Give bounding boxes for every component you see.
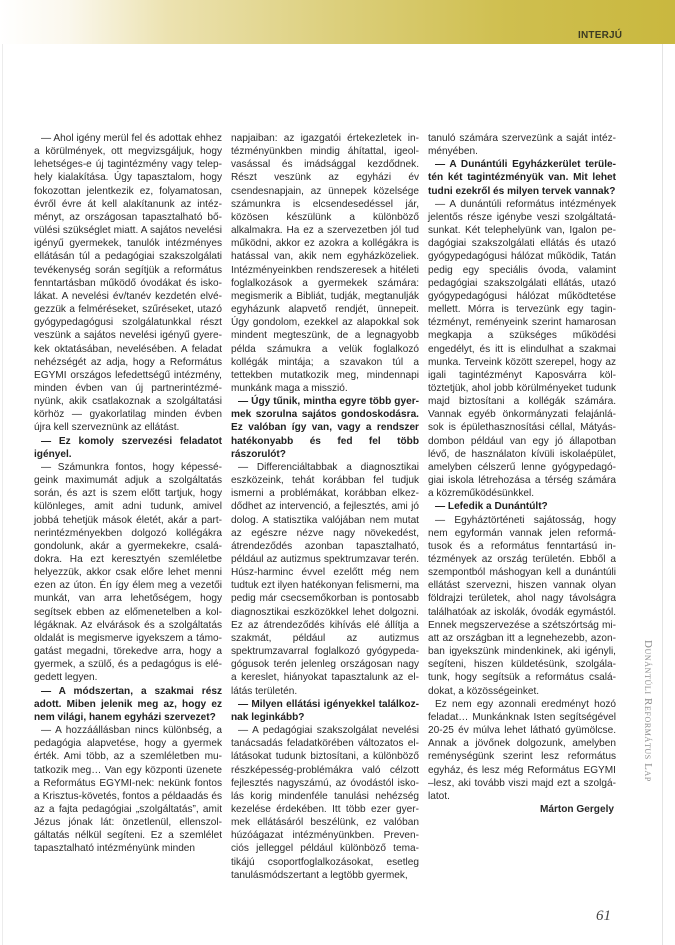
article-column-1: — Ahol igény merül fel és adottak ehhez … — [34, 132, 222, 856]
answer-paragraph: — A pedagógiai szakszolgálat nevelési ta… — [231, 724, 419, 882]
question-paragraph: — A Dunántúli Egyházkerület terüle­tén k… — [428, 158, 616, 197]
answer-paragraph: — A hozzáállásban nincs különbség, a ped… — [34, 724, 222, 856]
question-paragraph: — A módszertan, a szakmai rész adott. Mi… — [34, 685, 222, 724]
continuation-paragraph: tanuló számára szervezünk a saját intéz­… — [428, 132, 616, 158]
continuation-paragraph: napjaiban: az igazgatói értekezletek in­… — [231, 132, 419, 395]
margin-rule — [662, 44, 663, 945]
article-column-2: napjaiban: az igazgatói értekezletek in­… — [231, 132, 419, 882]
page-edge-rule — [2, 0, 3, 945]
question-paragraph: — Milyen ellátási igényekkel találkoz­na… — [231, 698, 419, 724]
article-column-3: tanuló számára szervezünk a saját intéz­… — [428, 132, 616, 816]
answer-paragraph: — Egyháztörténeti sajátosság, hogy nem e… — [428, 514, 616, 698]
closing-paragraph: Ez nem egy azonnali eredményt hozó felad… — [428, 698, 616, 803]
answer-paragraph: — Differenciáltabbak a diagnosztikai esz… — [231, 461, 419, 698]
page-number: 61 — [596, 908, 611, 925]
question-paragraph: — Lefedik a Dunántúlt? — [428, 500, 616, 513]
answer-paragraph: — Számunkra fontos, hogy képessé­geink m… — [34, 461, 222, 685]
author-signature: Márton Gergely — [428, 803, 616, 816]
header-band — [0, 0, 675, 44]
question-paragraph: — Ez komoly szervezési feladatot igé­nye… — [34, 435, 222, 461]
publication-title-vertical: Dunántúli Református Lap — [642, 640, 654, 782]
answer-paragraph: — A dunántúli református intézmények jel… — [428, 198, 616, 501]
question-paragraph: — Úgy tűnik, mintha egyre több gyer­mek … — [231, 395, 419, 461]
answer-paragraph: — Ahol igény merül fel és adottak ehhez … — [34, 132, 222, 435]
section-label: INTERJÚ — [578, 30, 622, 41]
